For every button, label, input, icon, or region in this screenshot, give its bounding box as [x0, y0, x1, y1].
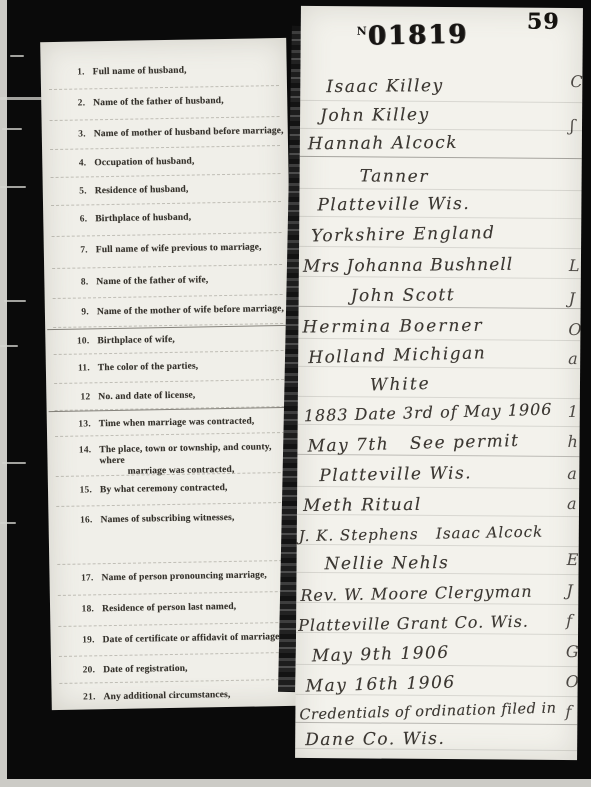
- entry-rule-lines: [301, 6, 583, 8]
- form-item: 17.Name of person pronouncing marriage,: [49, 570, 295, 585]
- form-item-number: 10.: [69, 336, 89, 346]
- form-item-number: 8.: [68, 277, 88, 287]
- edge-fragment: G: [566, 642, 579, 661]
- register-rule: [298, 396, 580, 399]
- form-item-number: 3.: [66, 129, 86, 139]
- edge-fragment: f: [566, 611, 572, 630]
- edge-fragment: h: [567, 432, 577, 451]
- scan-scratch: [4, 300, 26, 302]
- register-rule: [299, 216, 581, 219]
- form-item-number: 18.: [74, 604, 94, 614]
- scan-edge-left: [0, 0, 7, 787]
- form-item: 1.Full name of husband,: [41, 64, 287, 79]
- form-item-number: 9.: [69, 307, 89, 317]
- entry-line: Platteville Wis.: [319, 463, 472, 486]
- form-item-number: 6.: [67, 214, 87, 224]
- entry-line: White: [370, 374, 431, 396]
- entry-line: Platteville Wis.: [317, 194, 470, 215]
- dotted-rule: [57, 560, 287, 565]
- entry-line: Platteville Grant Co. Wis.: [298, 612, 529, 635]
- edge-fragment: J: [566, 581, 573, 600]
- entry-line: May 16th 1906: [305, 673, 456, 697]
- form-item: 20.Date of registration,: [51, 662, 297, 677]
- handwritten-entries: Isaac KilleyJohn KilleyHannah AlcockTann…: [301, 6, 583, 8]
- dotted-rule: [55, 432, 285, 437]
- dotted-rule: [51, 173, 281, 178]
- scan-scratch: [2, 128, 22, 130]
- edge-fragment: 1: [568, 402, 578, 421]
- scan-edge-bottom: [0, 779, 591, 787]
- form-item: 12No. and date of license,: [46, 389, 292, 404]
- entry-line: J. K. Stephens Isaac Alcock: [299, 523, 544, 545]
- stamp-digits: 01819: [368, 20, 469, 52]
- form-item: 18.Residence of person last named,: [50, 601, 296, 616]
- form-item-number: 21.: [76, 692, 96, 702]
- dotted-rule: [58, 622, 288, 627]
- form-item-label: Birthplace of wife,: [97, 333, 289, 347]
- dotted-rule: [54, 379, 284, 384]
- entry-line: 1883 Date 3rd of May 1906: [304, 400, 553, 426]
- entry-line: Holland Michigan: [308, 343, 487, 368]
- form-page: 1.Full name of husband,2.Name of the fat…: [40, 38, 298, 710]
- form-item-label: Any additional circumstances,: [104, 689, 296, 703]
- edge-fragment: a: [567, 494, 577, 513]
- form-item-label: Name of the father of wife,: [96, 274, 288, 288]
- form-item-number: 12: [70, 392, 90, 402]
- form-item-label: Name of person pronouncing marriage,: [101, 570, 293, 584]
- entry-line: Nellie Nehls: [324, 553, 449, 574]
- edge-fragment: C: [570, 72, 582, 91]
- dotted-rule: [51, 201, 281, 206]
- dotted-rule: [50, 116, 280, 121]
- form-item: 4.Occupation of husband,: [42, 155, 288, 170]
- form-rule-lines: [40, 38, 286, 42]
- form-item-label: Residence of person last named,: [102, 601, 294, 615]
- form-item-label: By what ceremony contracted,: [100, 482, 292, 496]
- dotted-rule: [49, 85, 279, 90]
- certificate-number-stamp: N01819: [356, 20, 468, 52]
- scan-scratch: [10, 55, 24, 57]
- form-item-label: No. and date of license,: [98, 389, 290, 403]
- edge-fragment: J: [569, 289, 576, 308]
- edge-fragment: L: [569, 256, 580, 275]
- register-rule: [300, 188, 582, 191]
- scan-scratch: [0, 522, 16, 524]
- form-item-label: Name of the mother of wife before marria…: [97, 304, 289, 318]
- form-item-number: 15.: [72, 485, 92, 495]
- form-item-label: The color of the parties,: [98, 360, 290, 374]
- entry-line: Hannah Alcock: [308, 133, 458, 154]
- scan-scratch: [0, 97, 42, 100]
- entry-line: John Scott: [351, 285, 456, 306]
- scan-scratch: [0, 345, 18, 347]
- register-rule: [300, 100, 582, 103]
- form-items: 1.Full name of husband,2.Name of the fat…: [40, 38, 286, 42]
- form-item: 8.Name of the father of wife,: [44, 274, 290, 289]
- edge-fragment: a: [568, 349, 578, 368]
- entry-line: May 9th 1906: [312, 643, 450, 667]
- dotted-rule: [52, 232, 282, 237]
- dotted-rule: [58, 591, 288, 596]
- form-item: 16.Names of subscribing witnesses,: [48, 512, 294, 527]
- scan-scratch: [2, 462, 26, 464]
- dotted-rule: [53, 294, 283, 299]
- register-rule: [299, 306, 581, 309]
- form-item-number: 14.: [71, 445, 91, 455]
- form-item-label: Date of registration,: [103, 662, 295, 676]
- entry-line: Rev. W. Moore Clergyman: [300, 582, 533, 605]
- form-item: 2.Name of the father of husband,: [41, 95, 287, 110]
- form-item-number: 16.: [72, 515, 92, 525]
- register-rule: [299, 246, 581, 249]
- register-rule: [297, 486, 579, 489]
- scan-scratch: [0, 186, 26, 188]
- form-item: 5.Residence of husband,: [43, 183, 289, 198]
- form-item: 14.The place, town or township, and coun…: [47, 442, 294, 479]
- dotted-rule: [52, 264, 282, 269]
- form-item: 21.Any additional circumstances,: [52, 689, 298, 704]
- entry-line: Yorkshire England: [311, 223, 496, 246]
- edge-fragment: O: [568, 320, 581, 339]
- form-item: 19.Date of certificate or affidavit of m…: [51, 632, 297, 647]
- dotted-rule: [59, 652, 289, 657]
- edge-fragment: O: [566, 672, 579, 691]
- form-item-label: Full name of husband,: [93, 64, 285, 78]
- form-item-number: 13.: [71, 419, 91, 429]
- form-item-number: 17.: [73, 573, 93, 583]
- dotted-rule: [54, 350, 284, 355]
- stamp-no-abbrev: N: [357, 25, 367, 38]
- edge-fragment: a: [567, 464, 577, 483]
- page-number: 59: [527, 9, 560, 35]
- entry-line: May 7th See permit: [307, 431, 519, 457]
- dotted-rule: [59, 679, 289, 684]
- dotted-rule: [50, 145, 280, 150]
- form-item: 15.By what ceremony contracted,: [48, 482, 294, 497]
- entry-line: Isaac Killey: [326, 76, 443, 97]
- register-rule: [300, 128, 582, 131]
- form-item-label: Name of mother of husband before marriag…: [94, 126, 286, 140]
- entry-line: Tanner: [360, 166, 429, 187]
- cutoff-edge-writing: CʃLJOa1haaEJfGOf: [301, 6, 583, 8]
- form-item-number: 4.: [66, 158, 86, 168]
- entry-line: Mrs Johanna Bushnell: [303, 255, 513, 277]
- form-item: 3.Name of mother of husband before marri…: [42, 126, 288, 141]
- form-item: 11.The color of the parties,: [46, 360, 292, 375]
- form-item-label: Residence of husband,: [95, 183, 287, 197]
- form-item-number: 5.: [67, 186, 87, 196]
- form-item-label: Name of the father of husband,: [93, 95, 285, 109]
- register-rule: [298, 338, 580, 341]
- entry-line: John Killey: [320, 105, 430, 126]
- edge-fragment: f: [565, 702, 571, 721]
- entry-line: Hermina Boerner: [302, 316, 483, 338]
- register-rule: [298, 424, 580, 427]
- form-item-number: 19.: [75, 635, 95, 645]
- entry-line: Dane Co. Wis.: [305, 729, 445, 750]
- form-item: 10.Birthplace of wife,: [45, 333, 291, 348]
- form-item: 6.Birthplace of husband,: [43, 211, 289, 226]
- edge-fragment: ʃ: [570, 116, 574, 135]
- entry-line: Credentials of ordination filed in: [299, 700, 556, 723]
- form-item-label: Time when marriage was contracted,: [99, 416, 291, 430]
- dotted-rule: [56, 502, 286, 507]
- form-item: 9.Name of the mother of wife before marr…: [45, 304, 291, 319]
- form-item: 13.Time when marriage was contracted,: [47, 416, 293, 431]
- form-item-label: Full name of wife previous to marriage,: [96, 242, 288, 256]
- form-item-number: 2.: [65, 98, 85, 108]
- form-item-number: 1.: [65, 67, 85, 77]
- register-rule: [300, 156, 582, 159]
- form-item-number: 11.: [70, 363, 90, 373]
- form-item-number: 7.: [68, 245, 88, 255]
- form-item-number: 20.: [75, 665, 95, 675]
- form-item-label-line2: marriage was contracted,: [128, 464, 294, 478]
- entry-line: Meth Ritual: [303, 495, 422, 516]
- form-item-label: Date of certificate or affidavit of marr…: [103, 632, 295, 646]
- edge-fragment: E: [567, 550, 579, 569]
- form-item-label: Occupation of husband,: [94, 155, 286, 169]
- entries-page: N01819 59 Isaac KilleyJohn KilleyHannah …: [295, 6, 583, 760]
- form-item-label: Names of subscribing witnesses,: [100, 512, 292, 526]
- scanned-marriage-record: 1.Full name of husband,2.Name of the fat…: [0, 0, 591, 787]
- form-item-label: Birthplace of husband,: [95, 211, 287, 225]
- form-item: 7.Full name of wife previous to marriage…: [44, 242, 290, 257]
